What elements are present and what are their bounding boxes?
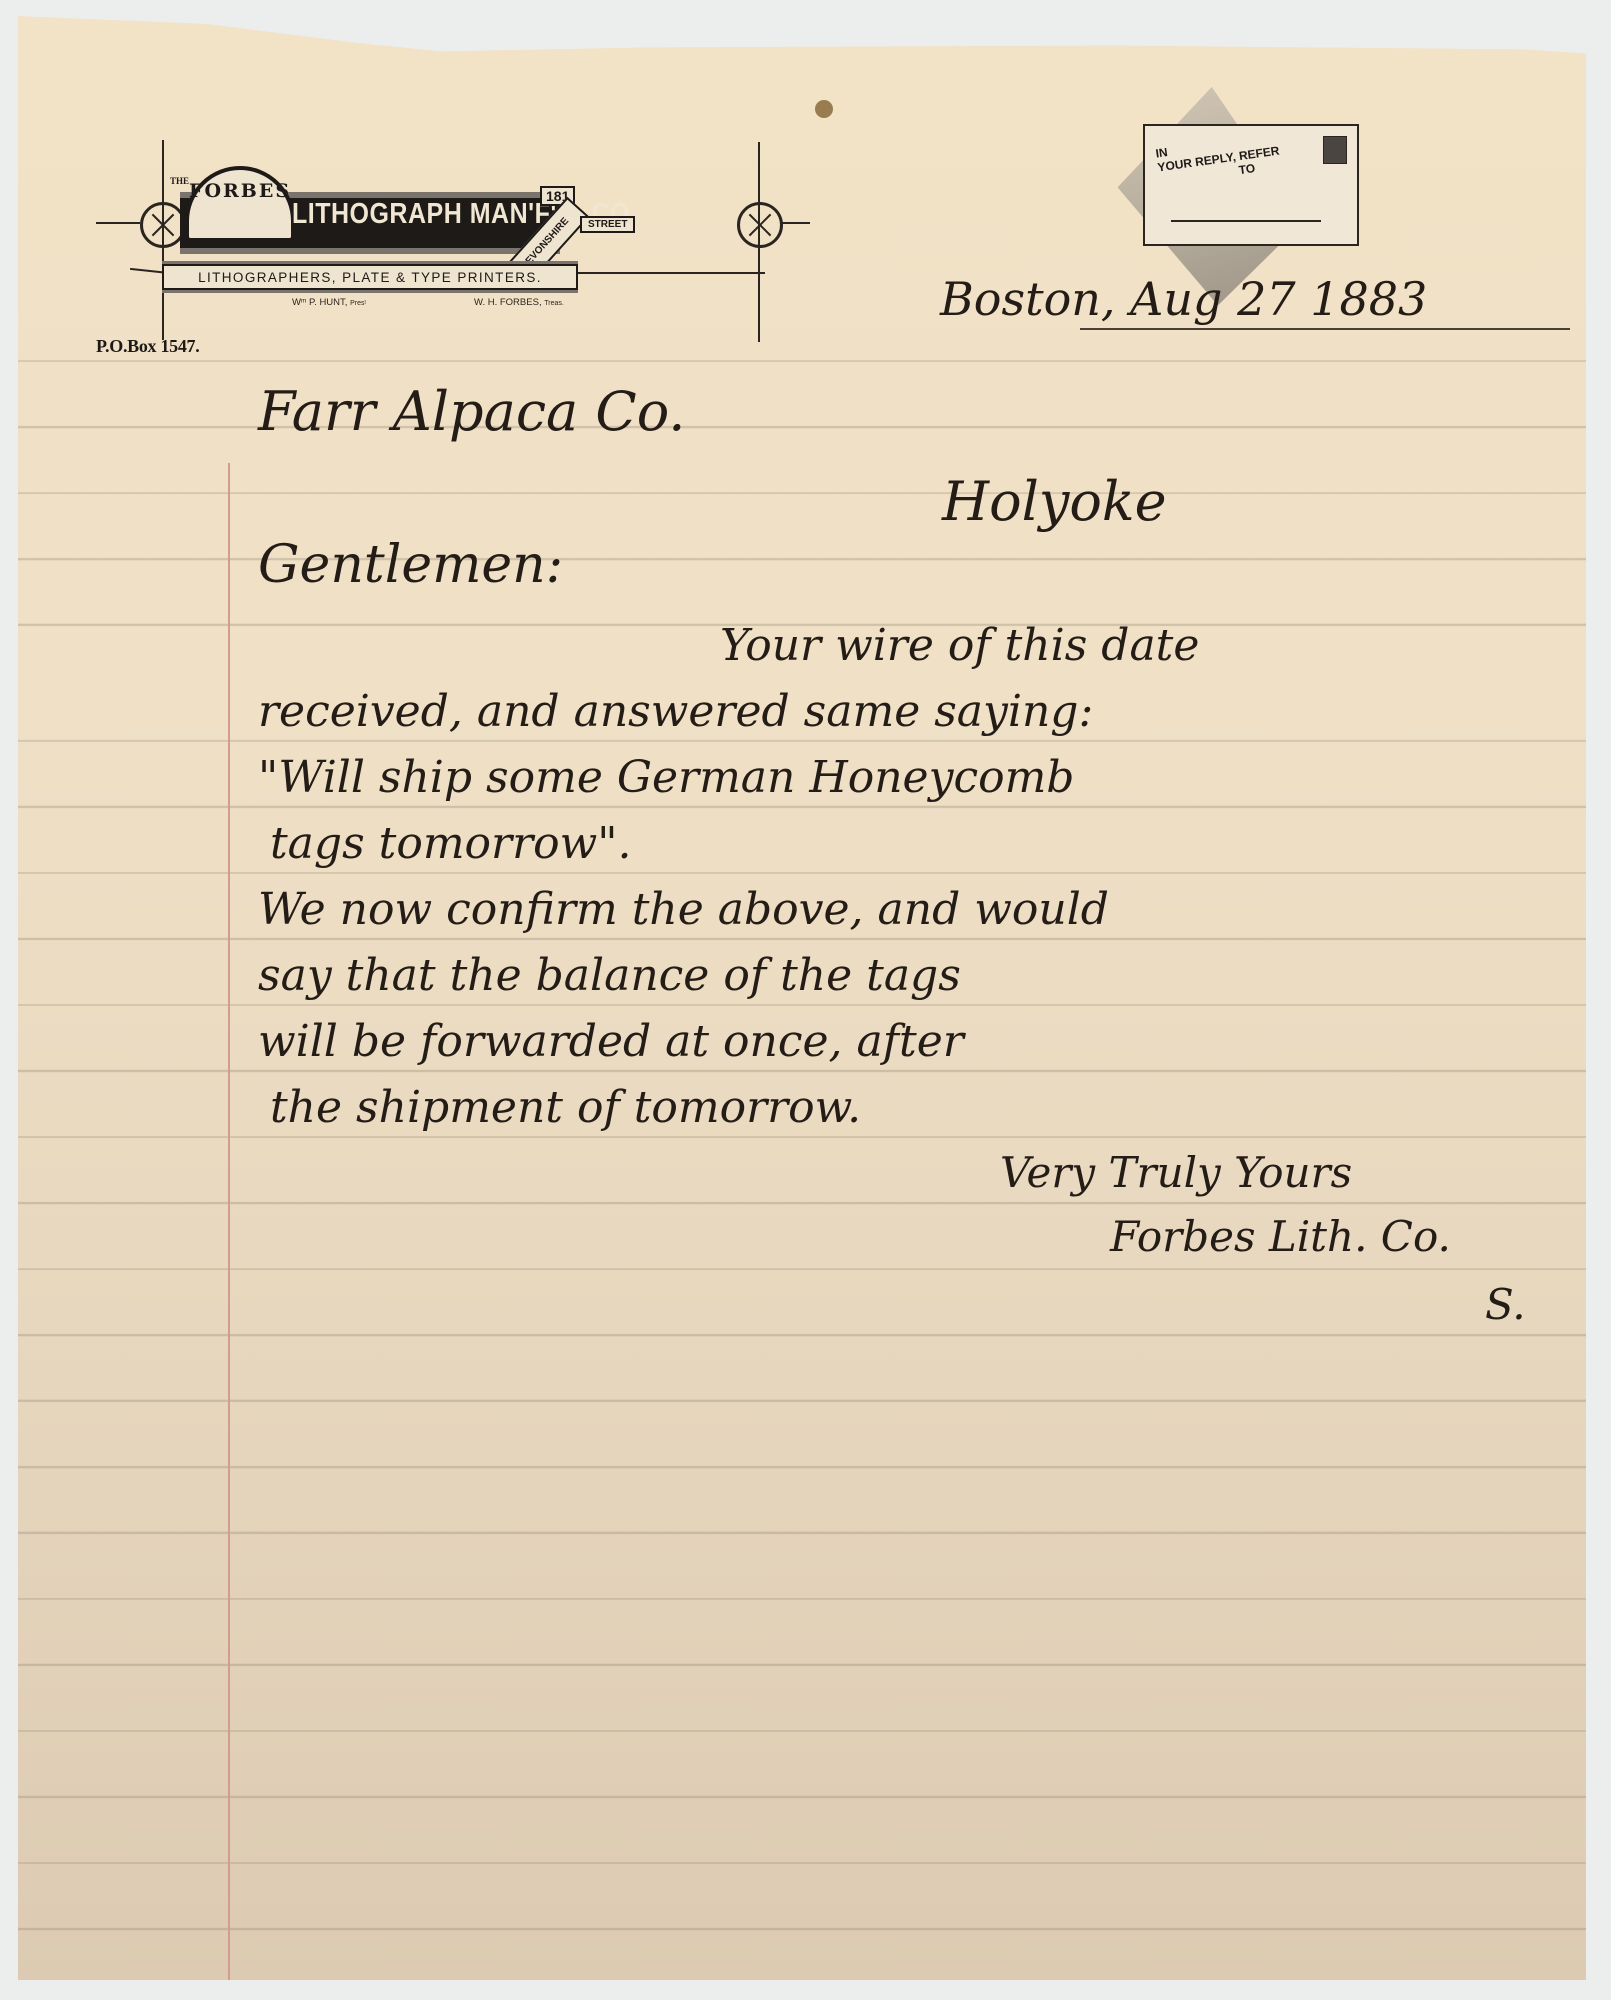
ink-stain bbox=[815, 100, 833, 118]
reply-write-line bbox=[1171, 220, 1321, 222]
ornament-tail-right bbox=[565, 272, 765, 274]
salutation: Gentlemen: bbox=[258, 535, 563, 595]
body-line: tags tomorrow". bbox=[270, 818, 631, 869]
officer-treasurer: W. H. FORBES, Treas. bbox=[474, 297, 564, 308]
red-margin-rule bbox=[228, 463, 230, 1980]
body-line: received, and answered same saying: bbox=[258, 686, 1093, 737]
stamp-icon bbox=[1323, 136, 1347, 164]
letterhead: THE FORBES LITHOGRAPH MAN'F'G. CO 181 DE… bbox=[90, 130, 810, 360]
initial: S. bbox=[1485, 1280, 1526, 1329]
place-date: Boston, Aug 27 1883 bbox=[940, 272, 1427, 326]
signature: Forbes Lith. Co. bbox=[1110, 1212, 1451, 1261]
body-line: Your wire of this date bbox=[720, 620, 1199, 671]
ornament-hline-left bbox=[96, 222, 140, 224]
po-box: P.O.Box 1547. bbox=[96, 336, 199, 357]
street-label: STREET bbox=[580, 216, 635, 233]
tagline: LITHOGRAPHERS, PLATE & TYPE PRINTERS. bbox=[162, 264, 578, 290]
rosette-right-icon bbox=[737, 202, 783, 248]
officer-name: W. H. FORBES bbox=[474, 297, 539, 308]
body-line: "Will ship some German Honeycomb bbox=[258, 752, 1074, 803]
officer-title: Presᵗ bbox=[350, 300, 366, 307]
body-line: the shipment of tomorrow. bbox=[270, 1082, 861, 1133]
reply-label: IN YOUR REPLY, REFER TO bbox=[1155, 130, 1283, 189]
officer-title: Treas. bbox=[544, 300, 564, 307]
date-underline bbox=[1080, 328, 1570, 330]
addressee: Farr Alpaca Co. bbox=[258, 380, 685, 443]
body-line: will be forwarded at once, after bbox=[258, 1016, 964, 1067]
officer-president: Wᵐ P. HUNT, Presᵗ bbox=[292, 297, 366, 308]
forbes-arch: FORBES bbox=[185, 166, 295, 242]
the-label: THE bbox=[170, 176, 189, 186]
officer-name: Wᵐ P. HUNT bbox=[292, 297, 345, 308]
body-line: We now confirm the above, and would bbox=[258, 884, 1109, 935]
body-line: say that the balance of the tags bbox=[258, 950, 961, 1001]
closing: Very Truly Yours bbox=[1000, 1148, 1352, 1197]
company-name: FORBES bbox=[189, 180, 291, 202]
ornament-hline-right bbox=[780, 222, 810, 224]
addressee-city: Holyoke bbox=[942, 470, 1167, 533]
reply-envelope-icon: IN YOUR REPLY, REFER TO bbox=[1143, 124, 1359, 246]
